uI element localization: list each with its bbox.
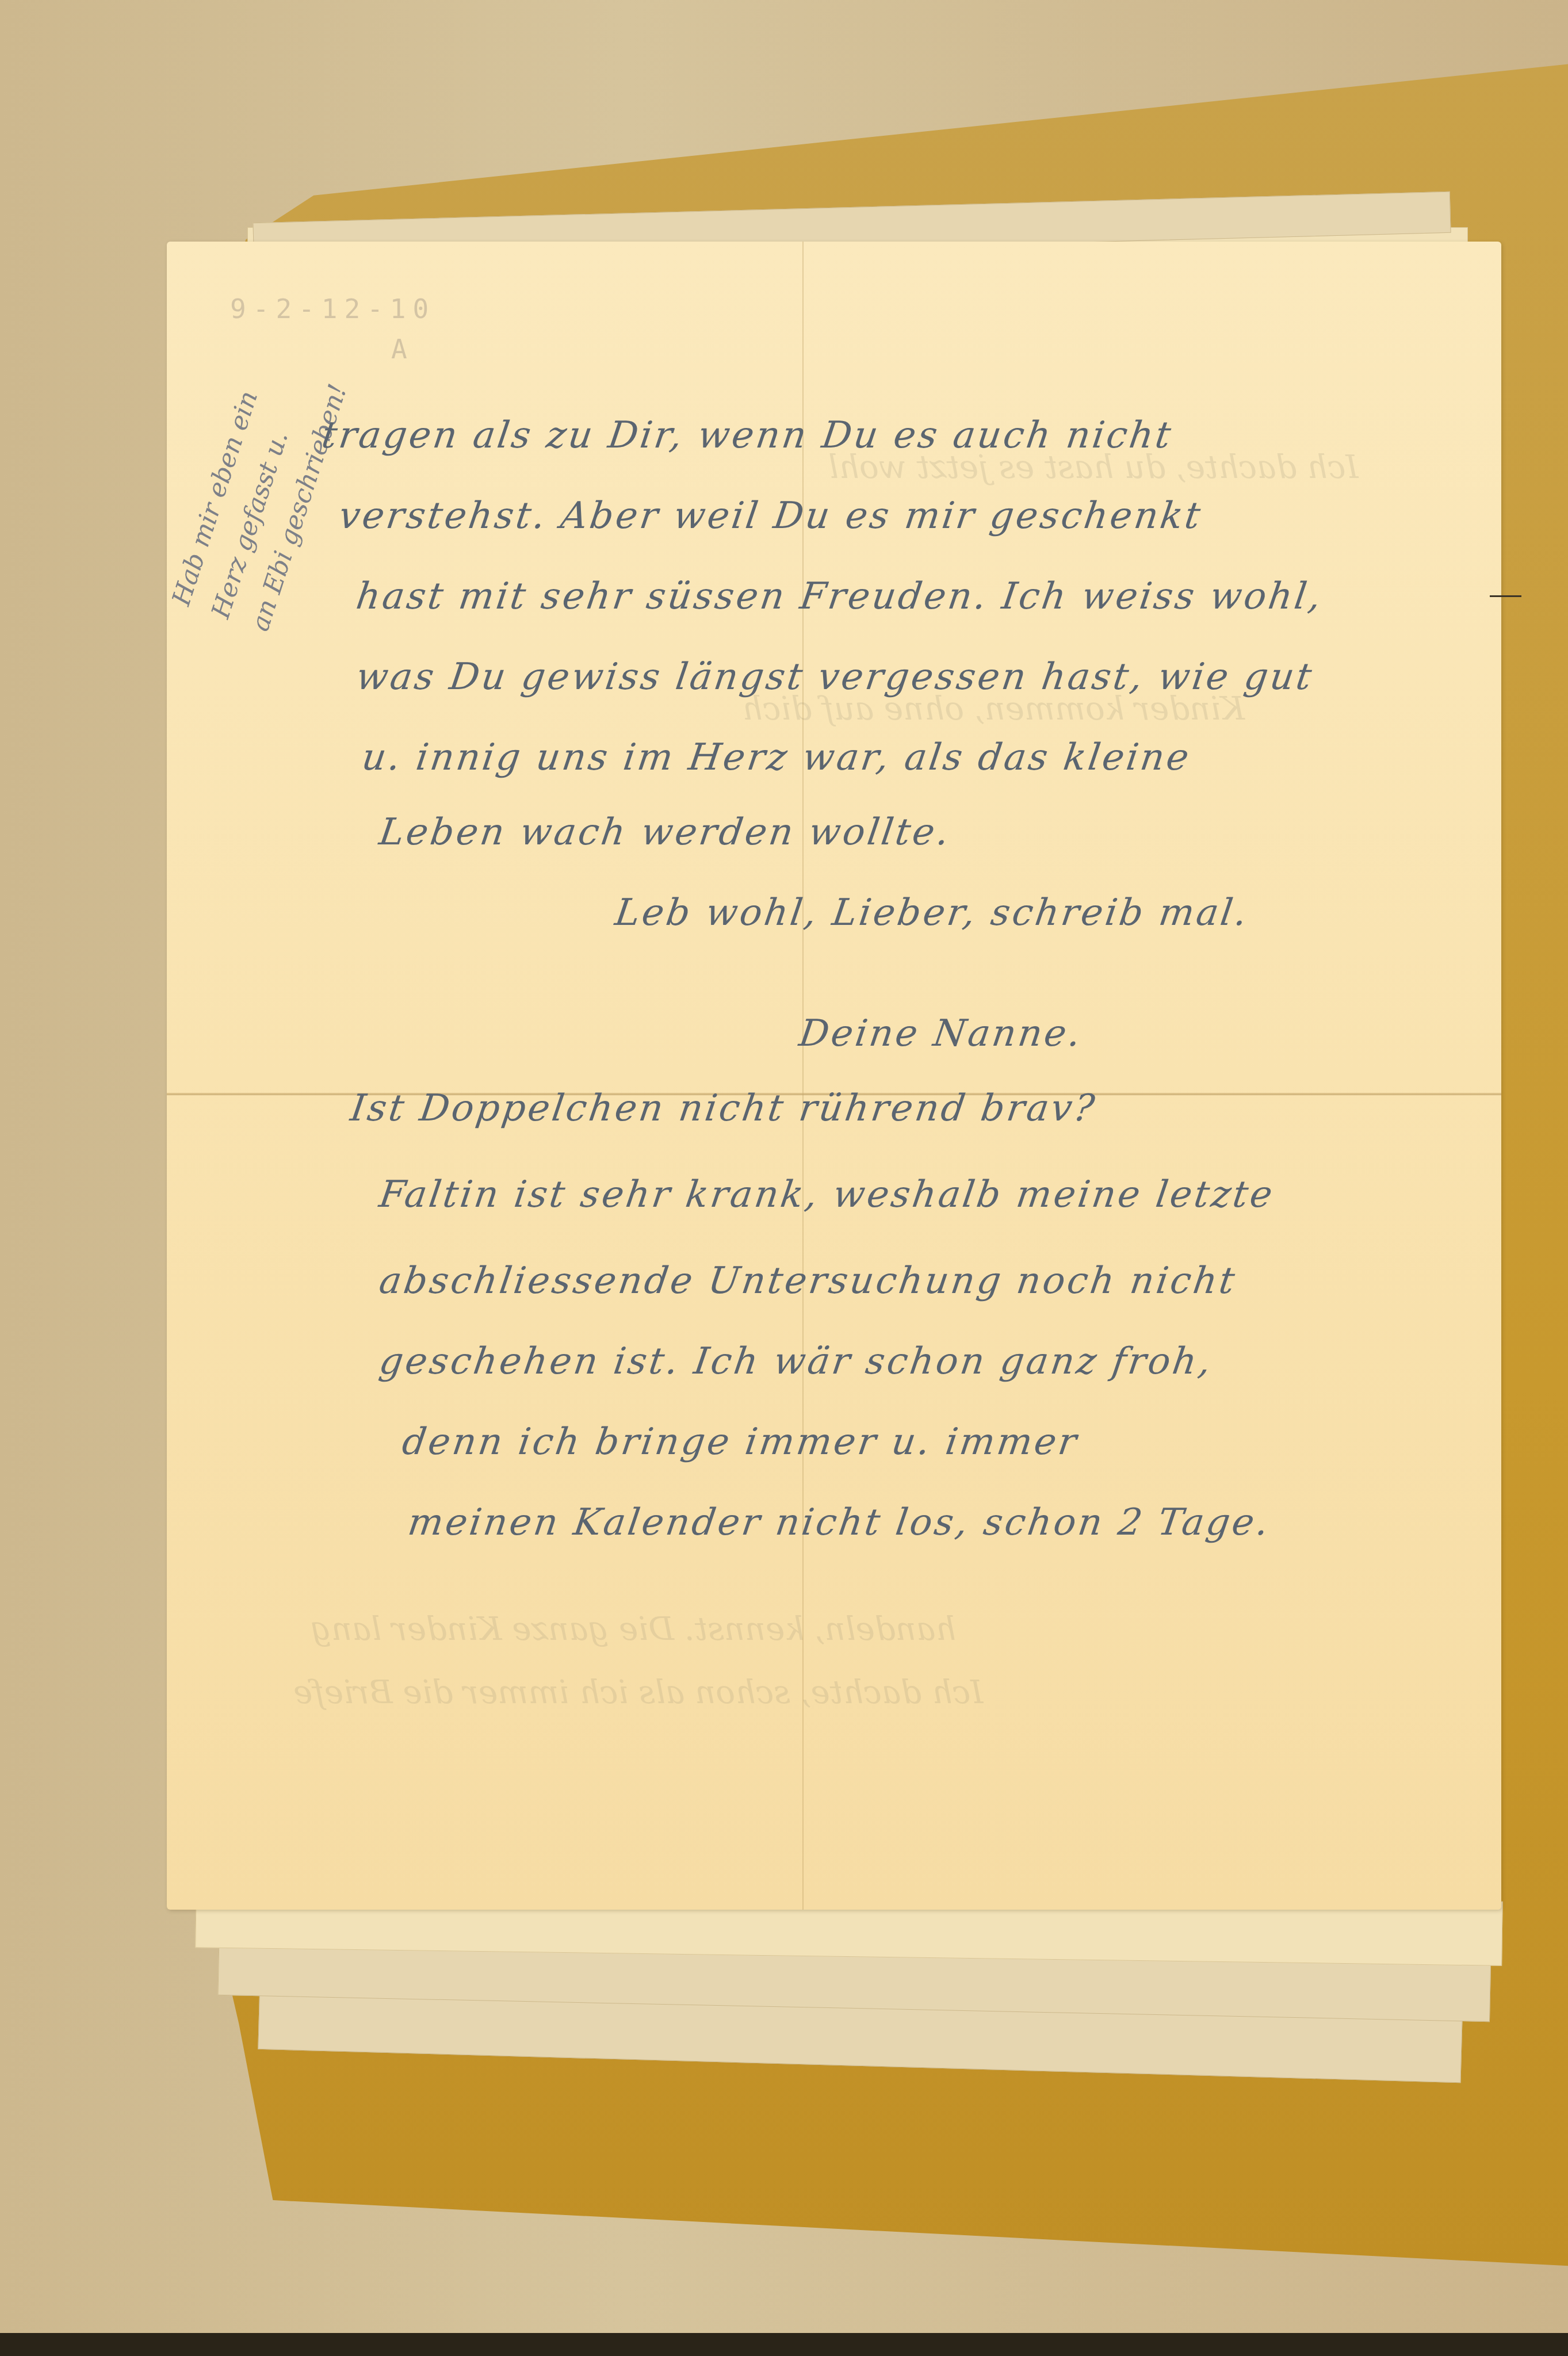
body-line: verstehst. Aber weil Du es mir geschenkt (336, 495, 1205, 537)
body-line: was Du gewiss längst vergessen hast, wie… (354, 656, 1317, 698)
vertical-fold (802, 242, 804, 1910)
archive-mark: A (391, 334, 414, 365)
letter-page: 9-2-12-10 A Ich dachte, du hast es jetzt… (167, 242, 1501, 1910)
body-line: Leben wach werden wollte. (377, 811, 954, 854)
postscript-line: geschehen ist. Ich wär schon ganz froh, (377, 1340, 1216, 1383)
postscript-line: Ist Doppelchen nicht rührend brav? (348, 1087, 1099, 1130)
body-line: hast mit sehr süssen Freuden. Ich weiss … (354, 575, 1326, 618)
bleed-through-text: Ich dachte, schon als ich immer die Brie… (293, 1674, 983, 1711)
postscript-line: Faltin ist sehr krank, weshalb meine let… (377, 1173, 1278, 1216)
table-edge-shadow (0, 2333, 1568, 2356)
postscript-line: meinen Kalender nicht los, schon 2 Tage. (406, 1501, 1273, 1544)
postscript-line: denn ich bringe immer u. immer (400, 1421, 1081, 1463)
postscript-line: abschliessende Untersuchung noch nicht (377, 1260, 1240, 1302)
body-line: u. innig uns im Herz war, als das kleine (360, 736, 1194, 779)
body-line: tragen als zu Dir, wenn Du es auch nicht (319, 414, 1176, 457)
folder-edge-mark (1490, 595, 1521, 597)
bleed-through-text: handeln, kennst. Die ganze Kinder lang (311, 1611, 956, 1648)
closing-line: Leb wohl, Lieber, schreib mal. (613, 892, 1252, 934)
signature: Deine Nanne. (797, 1012, 1085, 1055)
